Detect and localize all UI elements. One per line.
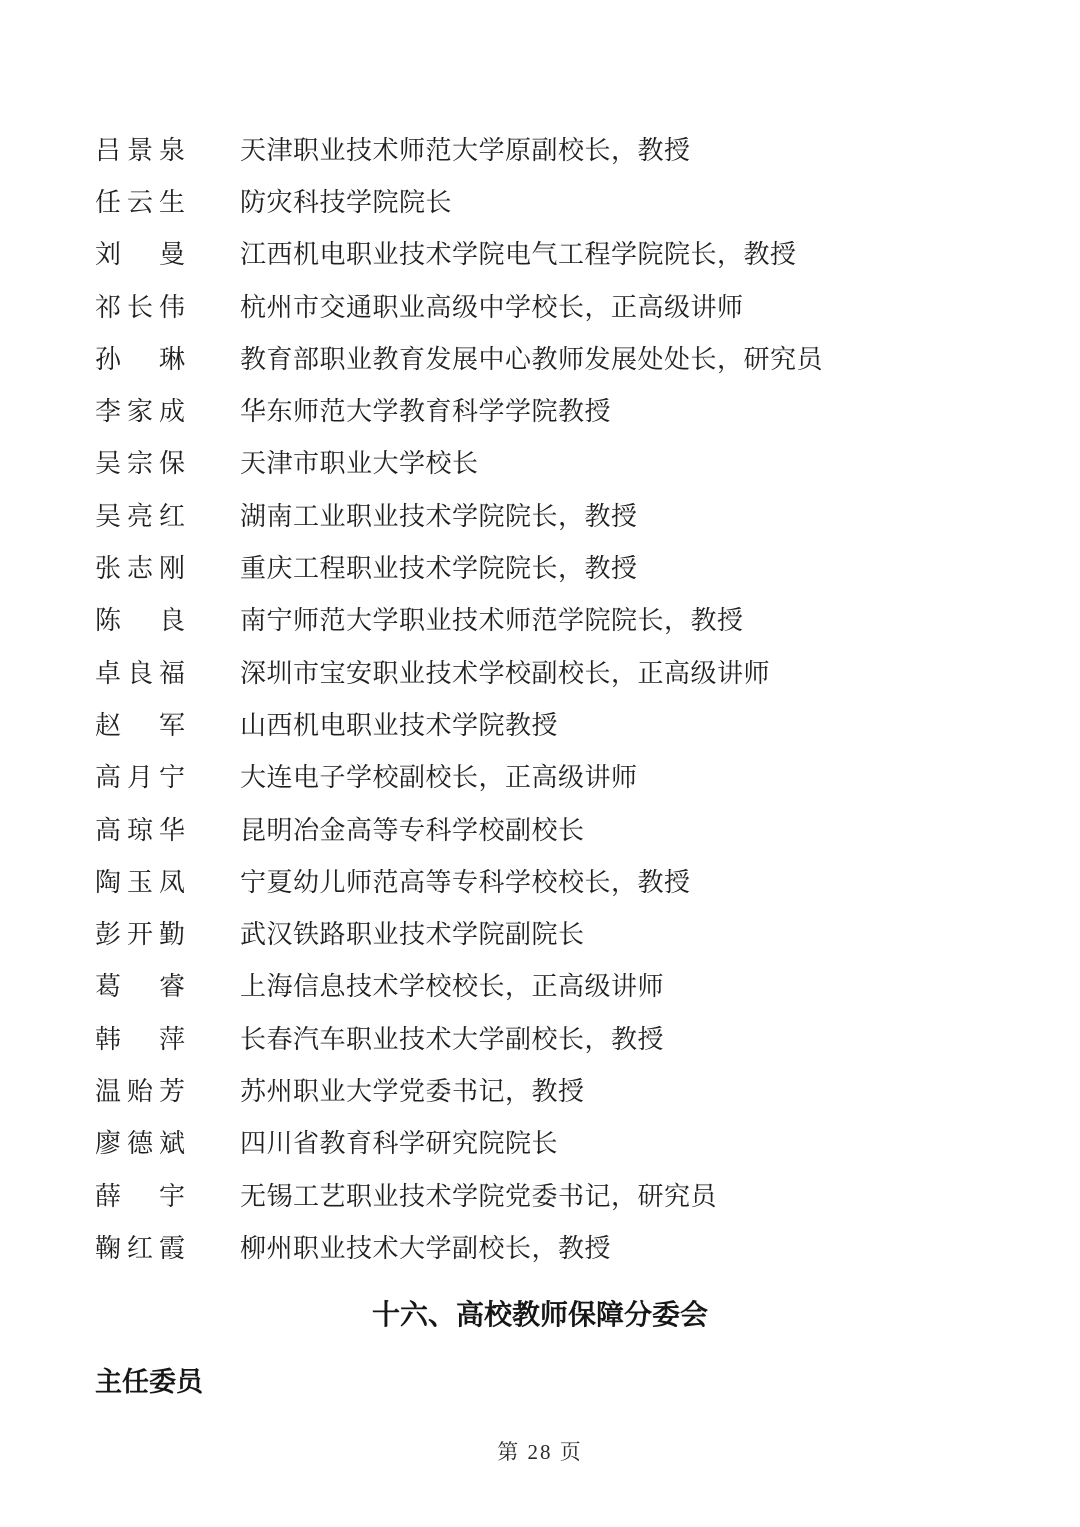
member-name: 任云生	[95, 182, 185, 219]
member-title: 四川省教育科学研究院院长	[240, 1123, 558, 1160]
member-title: 大连电子学校副校长，正高级讲师	[240, 757, 638, 794]
member-name: 鞠红霞	[95, 1228, 185, 1265]
member-title: 上海信息技术学校校长，正高级讲师	[240, 966, 664, 1003]
member-name: 彭开勤	[95, 914, 185, 951]
member-row: 高琼华 昆明冶金高等专科学校副校长	[95, 802, 1030, 854]
member-row: 刘曼 江西机电职业技术学院电气工程学院院长，教授	[95, 227, 1030, 279]
member-row: 卓良福 深圳市宝安职业技术学校副校长，正高级讲师	[95, 645, 1030, 697]
member-title: 柳州职业技术大学副校长，教授	[240, 1228, 611, 1265]
member-title: 杭州市交通职业高级中学校长，正高级讲师	[240, 287, 744, 324]
member-row: 吕景泉 天津职业技术师范大学原副校长，教授	[95, 122, 1030, 174]
member-title: 深圳市宝安职业技术学校副校长，正高级讲师	[240, 653, 770, 690]
member-name: 李家成	[95, 391, 185, 428]
member-name: 廖德斌	[95, 1123, 185, 1160]
member-row: 吴宗保 天津市职业大学校长	[95, 436, 1030, 488]
member-title: 武汉铁路职业技术学院副院长	[240, 914, 585, 951]
member-name: 高琼华	[95, 810, 185, 847]
member-name: 祁长伟	[95, 287, 185, 324]
member-title: 苏州职业大学党委书记，教授	[240, 1071, 585, 1108]
member-name: 高月宁	[95, 757, 185, 794]
member-title: 天津市职业大学校长	[240, 443, 479, 480]
committee-member-list: 吕景泉 天津职业技术师范大学原副校长，教授 任云生 防灾科技学院院长 刘曼 江西…	[95, 122, 1030, 1273]
member-name: 温贻芳	[95, 1071, 185, 1108]
member-name: 孙琳	[95, 339, 185, 376]
member-name: 韩萍	[95, 1019, 185, 1056]
member-row: 吴亮红 湖南工业职业技术学院院长，教授	[95, 488, 1030, 540]
member-title: 无锡工艺职业技术学院党委书记，研究员	[240, 1176, 717, 1213]
member-row: 孙琳 教育部职业教育发展中心教师发展处处长，研究员	[95, 331, 1030, 383]
member-row: 祁长伟 杭州市交通职业高级中学校长，正高级讲师	[95, 279, 1030, 331]
member-name: 吴宗保	[95, 443, 185, 480]
member-name: 陶玉凤	[95, 862, 185, 899]
member-title: 山西机电职业技术学院教授	[240, 705, 558, 742]
member-name: 薛宇	[95, 1176, 185, 1213]
member-name: 吴亮红	[95, 496, 185, 533]
member-name: 刘曼	[95, 234, 185, 271]
member-title: 华东师范大学教育科学学院教授	[240, 391, 611, 428]
member-row: 彭开勤 武汉铁路职业技术学院副院长	[95, 906, 1030, 958]
member-title: 南宁师范大学职业技术师范学院院长，教授	[240, 600, 744, 637]
member-name: 吕景泉	[95, 130, 185, 167]
member-name: 张志刚	[95, 548, 185, 585]
member-row: 温贻芳 苏州职业大学党委书记，教授	[95, 1063, 1030, 1115]
member-row: 廖德斌 四川省教育科学研究院院长	[95, 1116, 1030, 1168]
member-title: 天津职业技术师范大学原副校长，教授	[240, 130, 691, 167]
section-heading: 十六、高校教师保障分委会	[0, 1293, 1080, 1333]
member-name: 陈良	[95, 600, 185, 637]
member-title: 江西机电职业技术学院电气工程学院院长，教授	[240, 234, 797, 271]
member-row: 李家成 华东师范大学教育科学学院教授	[95, 383, 1030, 435]
member-title: 教育部职业教育发展中心教师发展处处长，研究员	[240, 339, 823, 376]
member-row: 高月宁 大连电子学校副校长，正高级讲师	[95, 750, 1030, 802]
member-row: 张志刚 重庆工程职业技术学院院长，教授	[95, 540, 1030, 592]
role-heading: 主任委员	[95, 1360, 203, 1399]
document-page: 吕景泉 天津职业技术师范大学原副校长，教授 任云生 防灾科技学院院长 刘曼 江西…	[0, 0, 1080, 1527]
member-name: 赵军	[95, 705, 185, 742]
member-name: 卓良福	[95, 653, 185, 690]
member-row: 葛睿 上海信息技术学校校长，正高级讲师	[95, 959, 1030, 1011]
member-title: 宁夏幼儿师范高等专科学校校长，教授	[240, 862, 691, 899]
page-number: 第 28 页	[0, 1436, 1080, 1466]
member-row: 赵军 山西机电职业技术学院教授	[95, 697, 1030, 749]
member-row: 任云生 防灾科技学院院长	[95, 174, 1030, 226]
member-row: 陈良 南宁师范大学职业技术师范学院院长，教授	[95, 593, 1030, 645]
member-title: 昆明冶金高等专科学校副校长	[240, 810, 585, 847]
member-row: 韩萍 长春汽车职业技术大学副校长，教授	[95, 1011, 1030, 1063]
member-title: 长春汽车职业技术大学副校长，教授	[240, 1019, 664, 1056]
member-title: 湖南工业职业技术学院院长，教授	[240, 496, 638, 533]
member-row: 鞠红霞 柳州职业技术大学副校长，教授	[95, 1220, 1030, 1272]
member-title: 重庆工程职业技术学院院长，教授	[240, 548, 638, 585]
member-name: 葛睿	[95, 966, 185, 1003]
member-title: 防灾科技学院院长	[240, 182, 452, 219]
member-row: 薛宇 无锡工艺职业技术学院党委书记，研究员	[95, 1168, 1030, 1220]
member-row: 陶玉凤 宁夏幼儿师范高等专科学校校长，教授	[95, 854, 1030, 906]
